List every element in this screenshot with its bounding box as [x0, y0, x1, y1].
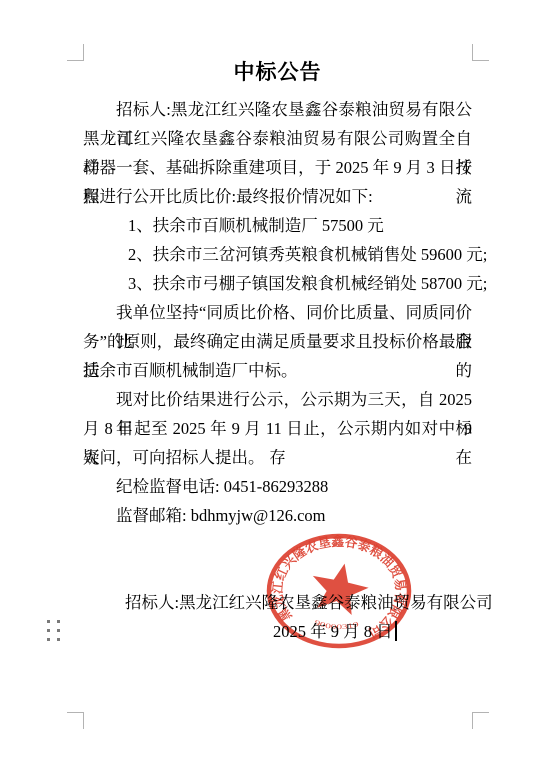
paragraph-line: 样器一套、基础拆除重建项目，于 2025 年 9 月 3 日按照流: [83, 153, 472, 182]
margin-corner-mark-top-right: [472, 44, 489, 61]
supervision-email-line: 监督邮箱: bdhmyjw@126.com: [83, 501, 472, 530]
margin-corner-mark-top-left: [67, 44, 84, 61]
bid-item-line: 1、扶余市百顺机械制造厂 57500 元: [83, 211, 472, 240]
grip-dot: [57, 629, 60, 632]
document-page: 中标公告 招标人:黑龙江红兴隆农垦鑫谷泰粮油贸易有限公司 黑龙江红兴隆农垦鑫谷泰…: [0, 0, 547, 762]
grip-handle-dots[interactable]: [47, 620, 60, 641]
margin-corner-mark-bottom-left: [67, 712, 84, 729]
page-title: 中标公告: [83, 56, 472, 88]
bid-item-line: 2、扶余市三岔河镇秀英粮食机械销售处 59600 元;: [83, 240, 472, 269]
paragraph-line: 现对比价结果进行公示，公示期为三天，自 2025 年 9: [83, 385, 472, 414]
grip-dot: [57, 620, 60, 623]
grip-dot: [47, 638, 50, 641]
paragraph-line: 务”的原则，最终确定由满足质量要求且投标价格最合适的: [83, 327, 472, 356]
grip-dot: [47, 620, 50, 623]
paragraph-line: 招标人:黑龙江红兴隆农垦鑫谷泰粮油贸易有限公司: [83, 95, 472, 124]
margin-corner-mark-bottom-right: [472, 712, 489, 729]
grip-dot: [47, 629, 50, 632]
paragraph-line: 黑龙江红兴隆农垦鑫谷泰粮油贸易有限公司购置全自动扦: [83, 124, 472, 153]
svg-text:90000319: 90000319: [313, 618, 360, 631]
paragraph-line: 我单位坚持“同质比价格、同价比质量、同质同价比服: [83, 298, 472, 327]
company-seal-stamp: 黑龙江红兴隆农垦鑫谷泰粮油贸易有限公司 90000319: [265, 532, 413, 650]
seal-star-icon: [307, 558, 373, 618]
paragraph-line: 月 8 日起至 2025 年 9 月 11 日止，公示期内如对中标人存在: [83, 414, 472, 443]
seal-serial-number: 90000319: [313, 618, 360, 631]
grip-dot: [57, 638, 60, 641]
bid-item-line: 3、扶余市弓棚子镇国发粮食机械经销处 58700 元;: [83, 269, 472, 298]
supervision-phone-line: 纪检监督电话: 0451-86293288: [83, 472, 472, 501]
